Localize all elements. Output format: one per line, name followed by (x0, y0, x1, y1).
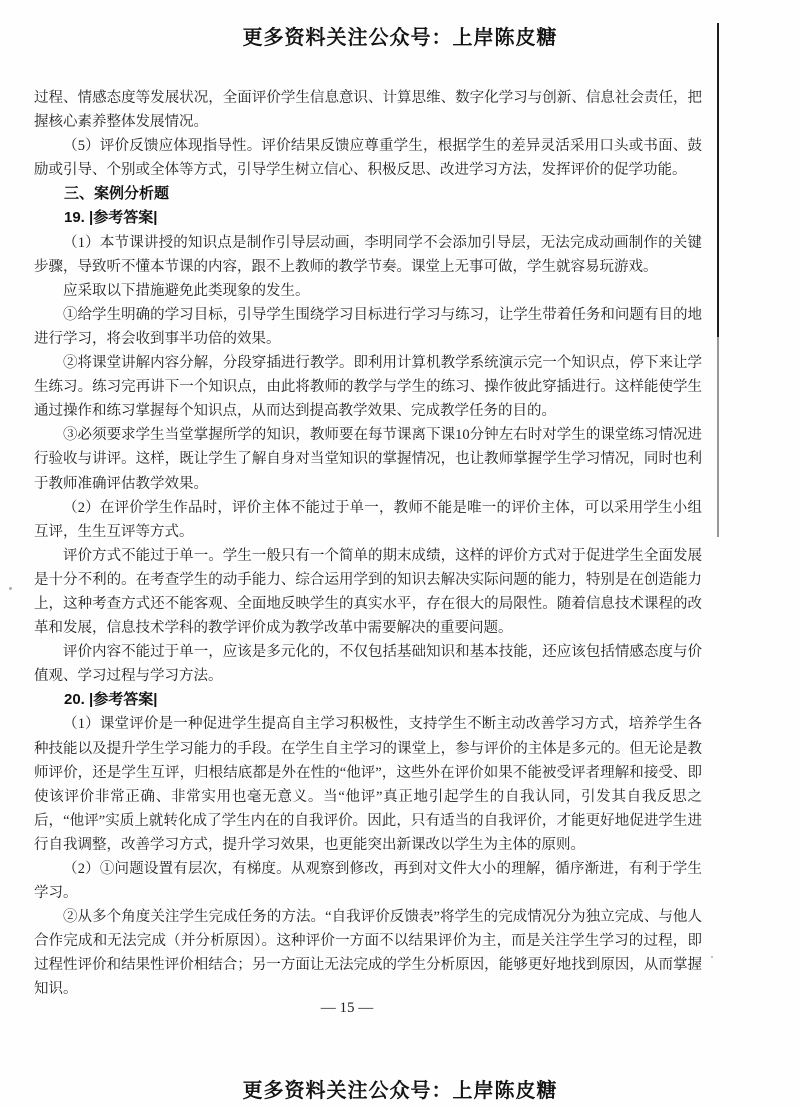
paragraph: （2）①问题设置有层次，有梯度。从观察到修改，再到对文件大小的理解，循序渐进，有… (34, 857, 702, 905)
paragraph: （2）在评价学生作品时，评价主体不能过于单一，教师不能是唯一的评价主体，可以采用… (34, 496, 702, 544)
paragraph: 评价内容不能过于单一，应该是多元化的，不仅包括基础知识和基本技能，还应该包括情感… (34, 640, 702, 688)
section-heading: 三、案例分析题 (34, 182, 702, 206)
paragraph: ②从多个角度关注学生完成任务的方法。“自我评价反馈表”将学生的完成情况分为独立完… (34, 905, 702, 1001)
page-number: — 15 — (0, 1000, 694, 1017)
paragraph: ②将课堂讲解内容分解，分段穿插进行教学。即利用计算机教学系统演示完一个知识点，停… (34, 351, 702, 423)
scan-speck (9, 587, 12, 590)
section-heading: 20. |参考答案| (34, 688, 702, 712)
scan-artifact-line-gray (717, 337, 719, 537)
document-body: 过程、情感态度等发展状况，全面评价学生信息意识、计算思维、数字化学习与创新、信息… (34, 86, 702, 1002)
paragraph: 评价方式不能过于单一。学生一般只有一个简单的期末成绩，这样的评价方式对于促进学生… (34, 544, 702, 640)
paragraph: （1）课堂评价是一种促进学生提高自主学习积极性，支持学生不断主动改善学习方式，培… (34, 712, 702, 857)
section-heading: 19. |参考答案| (34, 206, 702, 230)
paragraph: （5）评价反馈应体现指导性。评价结果反馈应尊重学生，根据学生的差异灵活采用口头或… (34, 134, 702, 182)
scan-speck (688, 363, 690, 365)
paragraph: 过程、情感态度等发展状况，全面评价学生信息意识、计算思维、数字化学习与创新、信息… (34, 86, 702, 134)
page-header-banner: 更多资料关注公众号：上岸陈皮糖 (0, 21, 800, 50)
page-footer-banner: 更多资料关注公众号：上岸陈皮糖 (0, 1074, 800, 1103)
paragraph: （1）本节课讲授的知识点是制作引导层动画，李明同学不会添加引导层，无法完成动画制… (34, 231, 702, 279)
scan-artifact-line-dark (717, 23, 719, 337)
paragraph: ①给学生明确的学习目标，引导学生围绕学习目标进行学习与练习，让学生带着任务和问题… (34, 303, 702, 351)
scan-speck (711, 956, 713, 958)
paragraph: 应采取以下措施避免此类现象的发生。 (34, 279, 702, 303)
paragraph: ③必须要求学生当堂掌握所学的知识，教师要在每节课离下课10分钟左右时对学生的课堂… (34, 423, 702, 495)
